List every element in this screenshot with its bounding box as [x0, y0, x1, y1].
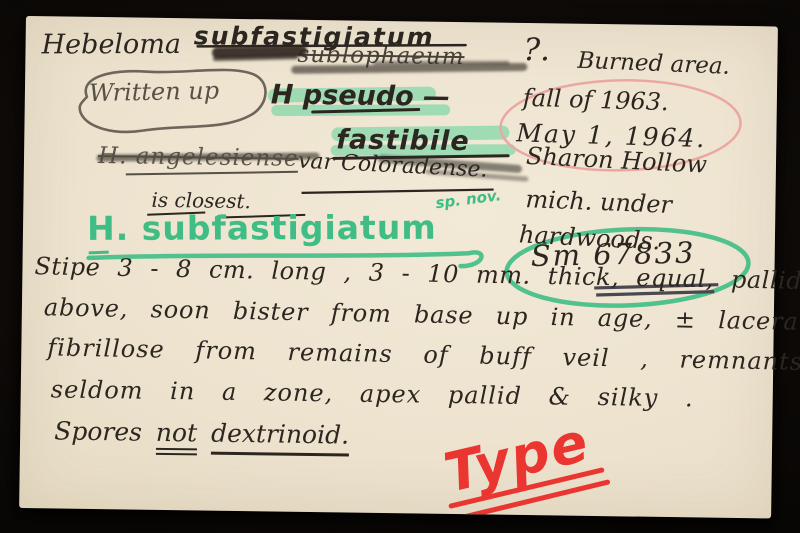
struck-comparison-name: H. angelesiense [98, 145, 299, 171]
name-pseudo: H pseudo — [271, 81, 451, 110]
photo-background: subfastigiatum Hebeloma sublophaeum ?. B… [0, 0, 800, 533]
note-burned-area: Burned area. [577, 50, 730, 79]
spores-note: Spores not dextrinoid. [54, 418, 349, 447]
genus-text: Hebeloma [42, 31, 181, 58]
strikethrough-scribble-1b [215, 56, 295, 60]
description-line-4: seldom in a zone, apex pallid & silky . [51, 377, 694, 410]
note-season: fall of 1963. [523, 86, 670, 115]
note-locality-1: Sharon Hollow [526, 144, 708, 177]
question-mark: ?. [523, 35, 550, 66]
note-locality-2: mich. under [525, 187, 672, 217]
description-line-2: above, soon bister from base up in age, … [44, 295, 800, 334]
specimen-card: subfastigiatum Hebeloma sublophaeum ?. B… [19, 16, 778, 518]
sp-nov-label: sp. nov. [435, 188, 502, 211]
green-species-name: H. subfastigiatum [87, 211, 437, 245]
written-up-annotation: Written up [89, 78, 220, 105]
struck-species-text: sublophaeum [297, 44, 464, 69]
spores-word: Spores [54, 416, 142, 446]
description-line-3: fibrillose from remains of buff veil , r… [47, 335, 800, 374]
spores-rest: dextrinoid. [211, 419, 349, 457]
type-stamp: Type [440, 415, 595, 501]
spores-not-word: not [156, 418, 198, 456]
